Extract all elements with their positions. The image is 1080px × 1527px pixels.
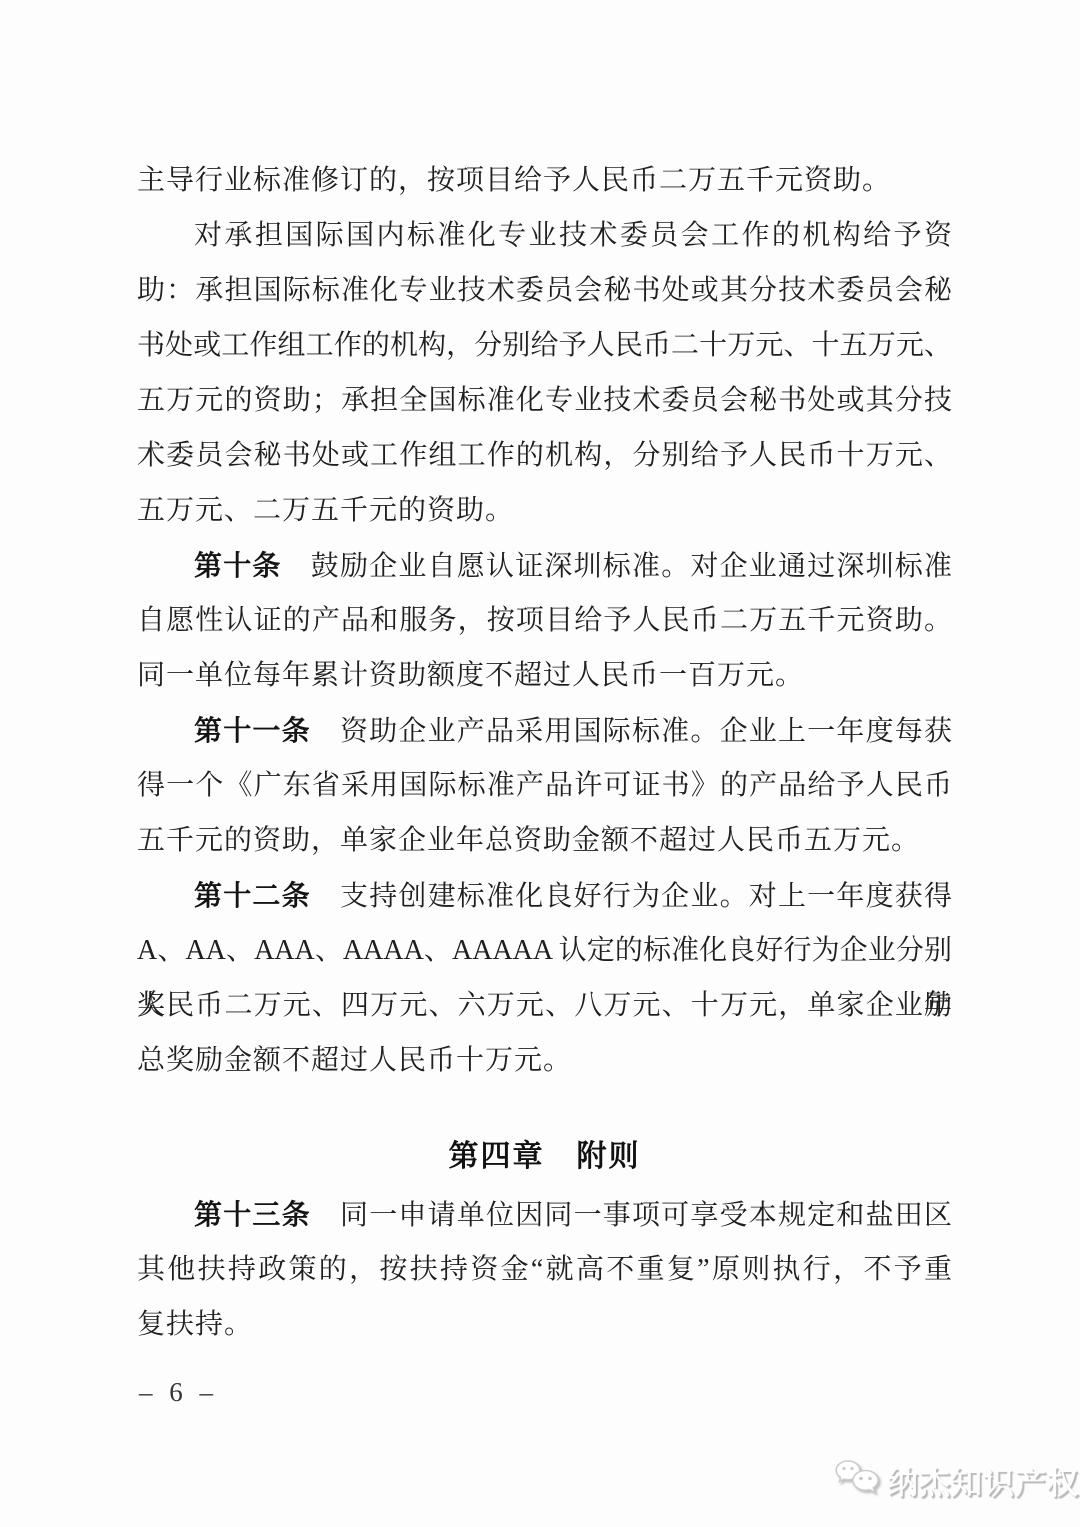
- line-text: 复扶持。: [137, 1309, 253, 1340]
- text-line-article-10: 第十条 鼓励企业自愿认证深圳标准。对企业通过深圳标准: [137, 538, 952, 593]
- line-text: 五万元的资助；承担全国标准化专业技术委员会秘书处或其分技: [137, 385, 952, 416]
- text-line: 助：承担国际标准化专业技术委员会秘书处或其分技术委员会秘: [137, 263, 952, 318]
- page-number: – 6 –: [139, 1377, 218, 1408]
- chapter-heading: 第四章 附则: [137, 1129, 952, 1184]
- text-line: 主导行业标准修订的，按项目给予人民币二万五千元资助。: [137, 153, 952, 208]
- text-line: 得一个《广东省采用国际标准产品许可证书》的产品给予人民币: [137, 758, 952, 813]
- article-number: 第十三条: [194, 1199, 311, 1230]
- line-text: 书处或工作组工作的机构，分别给予人民币二十万元、十五万元、: [137, 330, 952, 361]
- line-text: 术委员会秘书处或工作组工作的机构，分别给予人民币十万元、: [137, 440, 952, 471]
- text-line: A、AA、AAA、AAAA、AAAAA 认定的标准化良好行为企业分别奖励: [137, 923, 952, 978]
- text-line: 复扶持。: [137, 1297, 952, 1352]
- line-text: 同一单位每年累计资助额度不超过人民币一百万元。: [137, 660, 804, 691]
- text-line: 自愿性认证的产品和服务，按项目给予人民币二万五千元资助。: [137, 593, 952, 648]
- text-line: 人民币二万元、四万元、六万元、八万元、十万元，单家企业年: [137, 978, 952, 1033]
- text-line-article-13: 第十三条 同一申请单位因同一事项可享受本规定和盐田区: [137, 1187, 952, 1242]
- watermark-label: 纳杰知识产权: [887, 1458, 1079, 1503]
- document-page: 主导行业标准修订的，按项目给予人民币二万五千元资助。 对承担国际国内标准化专业技…: [0, 0, 1080, 1527]
- text-line: 五万元的资助；承担全国标准化专业技术委员会秘书处或其分技: [137, 373, 952, 428]
- text-line: 书处或工作组工作的机构，分别给予人民币二十万元、十五万元、: [137, 318, 952, 373]
- text-line: 术委员会秘书处或工作组工作的机构，分别给予人民币十万元、: [137, 428, 952, 483]
- line-text: 得一个《广东省采用国际标准产品许可证书》的产品给予人民币: [137, 770, 952, 801]
- line-text: 自愿性认证的产品和服务，按项目给予人民币二万五千元资助。: [137, 605, 952, 636]
- line-text: 同一申请单位因同一事项可享受本规定和盐田区: [311, 1200, 952, 1231]
- line-text: 人民币二万元、四万元、六万元、八万元、十万元，单家企业年: [137, 990, 952, 1021]
- line-text: 其他扶持政策的，按扶持资金“就高不重复”原则执行，不予重: [137, 1254, 952, 1285]
- wechat-icon: [834, 1458, 880, 1503]
- document-body: 主导行业标准修订的，按项目给予人民币二万五千元资助。 对承担国际国内标准化专业技…: [137, 153, 952, 1352]
- text-line: 同一单位每年累计资助额度不超过人民币一百万元。: [137, 648, 952, 703]
- line-text: 助：承担国际标准化专业技术委员会秘书处或其分技术委员会秘: [137, 275, 952, 306]
- text-line: 五万元、二万五千元的资助。: [137, 483, 952, 538]
- text-line: 对承担国际国内标准化专业技术委员会工作的机构给予资: [137, 208, 952, 263]
- line-text: 对承担国际国内标准化专业技术委员会工作的机构给予资: [194, 220, 952, 251]
- line-text: 支持创建标准化良好行为企业。对上一年度获得: [311, 881, 952, 912]
- line-text: 鼓励企业自愿认证深圳标准。对企业通过深圳标准: [282, 551, 952, 582]
- article-number: 第十条: [194, 550, 282, 581]
- watermark: 纳杰知识产权: [834, 1458, 1079, 1503]
- text-line: 其他扶持政策的，按扶持资金“就高不重复”原则执行，不予重: [137, 1242, 952, 1297]
- line-text: 五千元的资助，单家企业年总资助金额不超过人民币五万元。: [137, 825, 920, 856]
- line-text: 主导行业标准修订的，按项目给予人民币二万五千元资助。: [137, 165, 891, 196]
- text-line-article-12: 第十二条 支持创建标准化良好行为企业。对上一年度获得: [137, 868, 952, 923]
- line-text: 资助企业产品采用国际标准。企业上一年度每获: [311, 716, 952, 747]
- article-number: 第十一条: [194, 715, 311, 746]
- text-line: 五千元的资助，单家企业年总资助金额不超过人民币五万元。: [137, 813, 952, 868]
- line-text: 五万元、二万五千元的资助。: [137, 495, 514, 526]
- text-line-article-11: 第十一条 资助企业产品采用国际标准。企业上一年度每获: [137, 703, 952, 758]
- text-line: 总奖励金额不超过人民币十万元。: [137, 1033, 952, 1088]
- article-number: 第十二条: [194, 880, 311, 911]
- line-text: 总奖励金额不超过人民币十万元。: [137, 1045, 572, 1076]
